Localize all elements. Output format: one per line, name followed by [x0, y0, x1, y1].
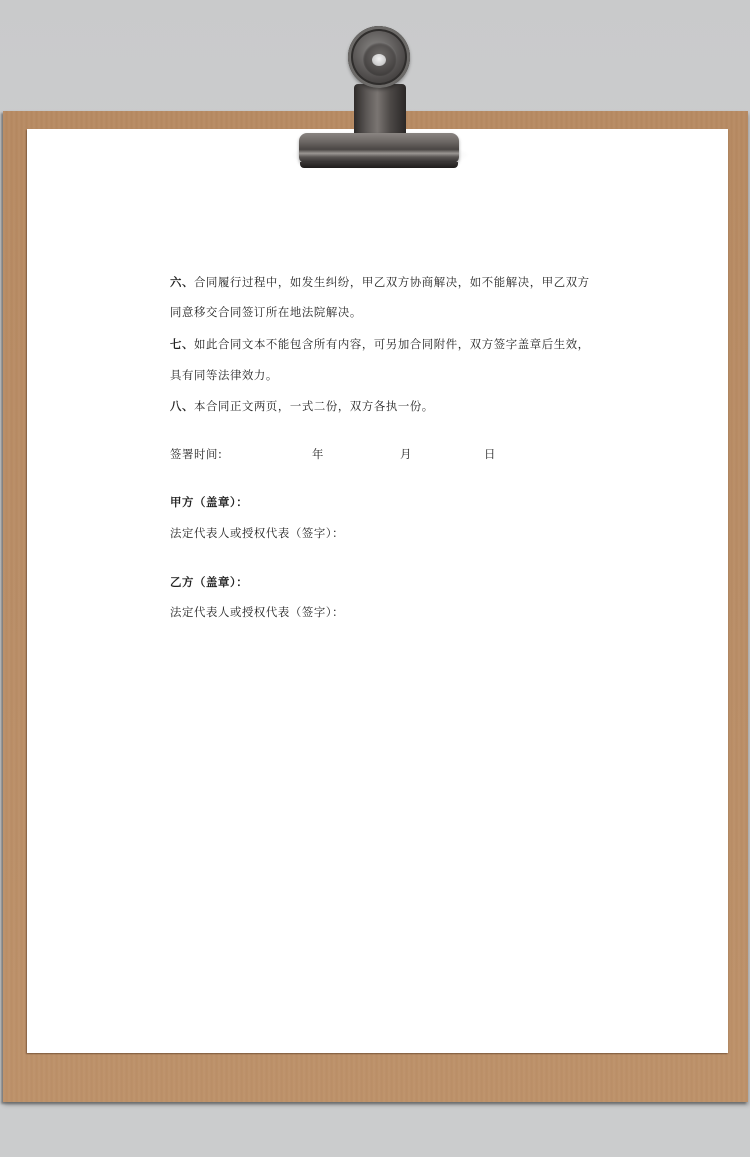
- clause-6-line-1: 六、合同履行过程中，如发生纠纷，甲乙双方协商解决，如不能解决，甲乙双方: [170, 275, 590, 289]
- clip-base-edge: [300, 162, 458, 168]
- signing-day-label: 日: [484, 447, 495, 461]
- clause-7-number: 七、: [170, 337, 194, 351]
- signing-time-label: 签署时间:: [170, 447, 222, 461]
- clause-8-line-1: 八、本合同正文两页，一式二份，双方各执一份。: [170, 399, 434, 413]
- clause-8-text: 本合同正文两页，一式二份，双方各执一份。: [194, 399, 434, 413]
- clip-hole: [372, 54, 386, 66]
- party-a-title: 甲方（盖章）：: [170, 495, 248, 509]
- signing-month-label: 月: [400, 447, 411, 461]
- contract-page: [27, 129, 728, 1053]
- clause-7-line-2: 具有同等法律效力。: [170, 368, 278, 382]
- clause-6-number: 六、: [170, 275, 194, 289]
- clause-6-text: 合同履行过程中，如发生纠纷，甲乙双方协商解决，如不能解决，甲乙双方: [194, 275, 590, 289]
- signing-year-label: 年: [312, 447, 323, 461]
- party-b-representative: 法定代表人或授权代表（签字）：: [170, 605, 344, 619]
- clause-6-line-2: 同意移交合同签订所在地法院解决。: [170, 305, 362, 319]
- party-b-title: 乙方（盖章）：: [170, 575, 248, 589]
- clip-neck: [354, 84, 406, 140]
- clip-base: [299, 133, 459, 163]
- clause-7-line-1: 七、如此合同文本不能包含所有内容，可另加合同附件，双方签字盖章后生效，: [170, 337, 590, 351]
- clause-8-number: 八、: [170, 399, 194, 413]
- party-a-representative: 法定代表人或授权代表（签字）：: [170, 526, 344, 540]
- clause-7-text: 如此合同文本不能包含所有内容，可另加合同附件，双方签字盖章后生效，: [194, 337, 590, 351]
